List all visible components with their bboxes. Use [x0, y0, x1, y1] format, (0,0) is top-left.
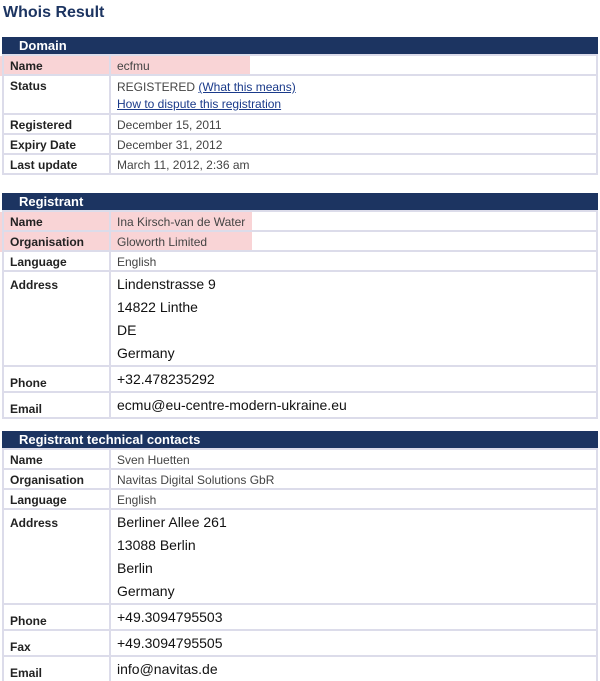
table-row: Language English	[3, 251, 597, 271]
dispute-registration-link[interactable]: How to dispute this registration	[117, 97, 281, 111]
table-row: Organisation Gloworth Limited	[3, 231, 597, 251]
address-line: Germany	[117, 342, 590, 365]
address-line: Berlin	[117, 557, 590, 580]
row-label: Last update	[3, 154, 110, 174]
section-header-domain: Domain	[2, 37, 598, 54]
last-update-value: March 11, 2012, 2:36 am	[110, 154, 597, 174]
tech-fax-value: +49.3094795505	[110, 630, 597, 656]
address-line: Lindenstrasse 9	[117, 273, 590, 296]
address-line: 14822 Linthe	[117, 296, 590, 319]
tech-language-value: English	[110, 489, 597, 509]
address-line: Germany	[117, 580, 590, 603]
domain-table: Name ecfmu Status REGISTERED (What this …	[2, 54, 598, 175]
registrant-org-value: Gloworth Limited	[110, 231, 597, 251]
row-label: Language	[3, 251, 110, 271]
domain-name-value: ecfmu	[110, 55, 597, 75]
table-row: Organisation Navitas Digital Solutions G…	[3, 469, 597, 489]
address-line: Berliner Allee 261	[117, 511, 590, 534]
tech-phone-value: +49.3094795503	[110, 604, 597, 630]
tech-contacts-section: Registrant technical contacts Name Sven …	[2, 431, 598, 681]
table-row: Name ecfmu	[3, 55, 597, 75]
table-row: Phone +49.3094795503	[3, 604, 597, 630]
page-title: Whois Result	[3, 4, 104, 22]
row-label: Email	[3, 656, 110, 681]
table-row: Name Sven Huetten	[3, 449, 597, 469]
row-label: Fax	[3, 630, 110, 656]
address-line: DE	[117, 319, 590, 342]
row-label: Organisation	[3, 231, 110, 251]
row-label: Email	[3, 392, 110, 418]
table-row: Fax +49.3094795505	[3, 630, 597, 656]
tech-contacts-table: Name Sven Huetten Organisation Navitas D…	[2, 448, 598, 681]
registrant-address-value: Lindenstrasse 9 14822 Linthe DE Germany	[110, 271, 597, 366]
expiry-value: December 31, 2012	[110, 134, 597, 154]
what-this-means-link[interactable]: (What this means)	[198, 80, 295, 94]
tech-email-value: info@navitas.de	[110, 656, 597, 681]
registered-value: December 15, 2011	[110, 114, 597, 134]
table-row: Language English	[3, 489, 597, 509]
row-label: Name	[3, 211, 110, 231]
row-label: Name	[3, 449, 110, 469]
row-label: Name	[3, 55, 110, 75]
row-label: Registered	[3, 114, 110, 134]
tech-address-value: Berliner Allee 261 13088 Berlin Berlin G…	[110, 509, 597, 604]
section-header-tech-contacts: Registrant technical contacts	[2, 431, 598, 448]
status-text: REGISTERED	[117, 80, 195, 94]
address-line: 13088 Berlin	[117, 534, 590, 557]
row-label: Language	[3, 489, 110, 509]
registrant-phone-value: +32.478235292	[110, 366, 597, 392]
row-label: Phone	[3, 604, 110, 630]
registrant-email-value: ecmu@eu-centre-modern-ukraine.eu	[110, 392, 597, 418]
registrant-table: Name Ina Kirsch-van de Water Organisatio…	[2, 210, 598, 419]
table-row: Expiry Date December 31, 2012	[3, 134, 597, 154]
registrant-language-value: English	[110, 251, 597, 271]
row-label: Phone	[3, 366, 110, 392]
row-label: Address	[3, 271, 110, 366]
table-row: Email ecmu@eu-centre-modern-ukraine.eu	[3, 392, 597, 418]
status-value: REGISTERED (What this means) How to disp…	[110, 75, 597, 114]
row-label: Organisation	[3, 469, 110, 489]
registrant-section: Registrant Name Ina Kirsch-van de Water …	[2, 193, 598, 419]
row-label: Address	[3, 509, 110, 604]
row-label: Status	[3, 75, 110, 114]
section-header-registrant: Registrant	[2, 193, 598, 210]
row-label: Expiry Date	[3, 134, 110, 154]
table-row: Phone +32.478235292	[3, 366, 597, 392]
table-row: Address Lindenstrasse 9 14822 Linthe DE …	[3, 271, 597, 366]
domain-section: Domain Name ecfmu Status REGISTERED (Wha…	[2, 37, 598, 175]
tech-name-value: Sven Huetten	[110, 449, 597, 469]
table-row: Registered December 15, 2011	[3, 114, 597, 134]
table-row: Address Berliner Allee 261 13088 Berlin …	[3, 509, 597, 604]
table-row: Email info@navitas.de	[3, 656, 597, 681]
table-row: Status REGISTERED (What this means) How …	[3, 75, 597, 114]
table-row: Name Ina Kirsch-van de Water	[3, 211, 597, 231]
registrant-name-value: Ina Kirsch-van de Water	[110, 211, 597, 231]
tech-org-value: Navitas Digital Solutions GbR	[110, 469, 597, 489]
table-row: Last update March 11, 2012, 2:36 am	[3, 154, 597, 174]
